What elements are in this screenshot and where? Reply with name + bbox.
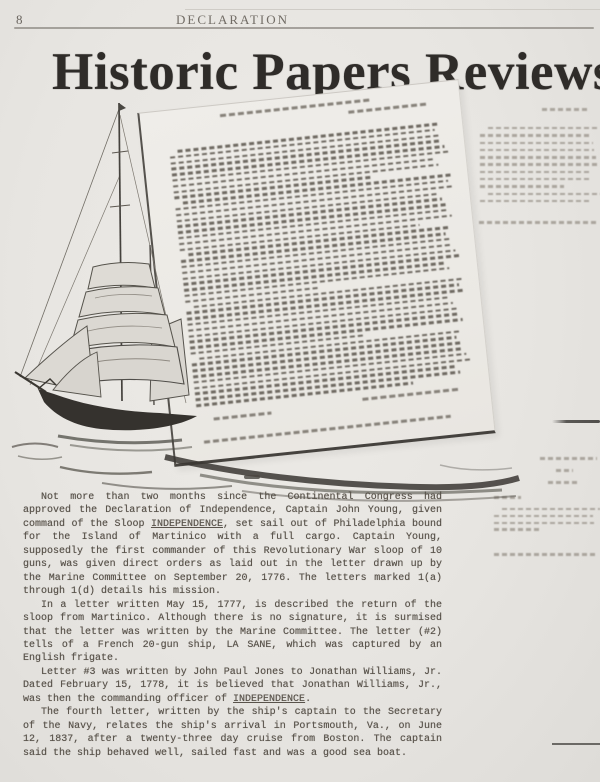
photo-edge-line <box>552 420 600 423</box>
artist-signature-mark <box>244 475 260 479</box>
illegible-text-line <box>494 528 541 530</box>
masthead-pennant <box>119 103 126 111</box>
rigging-line <box>30 175 120 385</box>
wave-stroke <box>12 444 58 448</box>
letter-date-line <box>348 103 426 114</box>
illegible-text-line <box>480 149 594 151</box>
faint-paragraph-block <box>494 508 598 535</box>
article-paragraph: The fourth letter, written by the ship's… <box>23 706 442 760</box>
illegible-text-line <box>488 193 600 195</box>
letter-facsimile <box>137 79 495 467</box>
sail-shading <box>95 294 152 298</box>
bow-stem <box>38 379 56 389</box>
illegible-text-line <box>494 522 594 524</box>
page-number: 8 <box>16 12 23 28</box>
wave-stroke <box>18 456 62 459</box>
sail-shading <box>88 326 162 331</box>
foremast <box>119 103 122 401</box>
illegible-text-line <box>488 127 599 129</box>
illegible-text-line <box>480 171 591 173</box>
faint-text-line <box>542 108 588 111</box>
wave-stroke <box>440 465 512 470</box>
faint-paragraph-block <box>480 127 598 207</box>
illegible-text-line <box>480 200 589 202</box>
illegible-text-line <box>480 142 593 144</box>
letter-heading-line <box>220 99 369 118</box>
bowsprit <box>15 372 46 392</box>
faint-caption-line <box>494 553 598 556</box>
illegible-text-line <box>502 508 600 510</box>
wave-stroke <box>60 467 152 474</box>
faint-text-line <box>556 469 573 472</box>
running-title: DECLARATION <box>160 12 305 28</box>
faint-text-line <box>548 481 579 484</box>
illegible-text-line <box>480 134 592 136</box>
wave-stroke <box>102 483 232 489</box>
faint-salutation-line <box>494 496 521 499</box>
topgallant-sail <box>79 287 165 317</box>
article-paragraph: Letter #3 was written by John Paul Jones… <box>23 666 442 706</box>
illegible-text-line <box>480 163 597 165</box>
letter-body-text <box>169 121 475 410</box>
letter-closing-line <box>214 411 272 420</box>
illegible-text-line <box>494 515 593 517</box>
faint-text-line <box>540 457 597 460</box>
header-smudge <box>185 9 600 10</box>
article-text: Not more than two months since the Conti… <box>23 491 442 760</box>
header-rule <box>14 27 594 29</box>
reflection-stroke <box>58 436 182 443</box>
inner-jib-sail <box>53 352 101 397</box>
bottom-right-rule <box>552 743 600 745</box>
spar <box>110 205 130 207</box>
article-paragraph: Not more than two months since the Conti… <box>23 491 442 599</box>
illegible-text-line <box>480 156 596 158</box>
letter-caption-line <box>204 415 451 444</box>
rigging-line <box>20 109 119 377</box>
spar <box>112 151 128 153</box>
article-paragraph: In a letter written May 15, 1777, is des… <box>23 599 442 666</box>
illegible-text-line <box>480 185 564 187</box>
sail-shadow <box>60 352 97 386</box>
sail-shading <box>80 359 170 365</box>
faint-caption-line <box>479 221 598 224</box>
jib-sail <box>25 326 94 392</box>
royal-sail <box>88 263 155 289</box>
illegible-text-line <box>480 178 592 180</box>
